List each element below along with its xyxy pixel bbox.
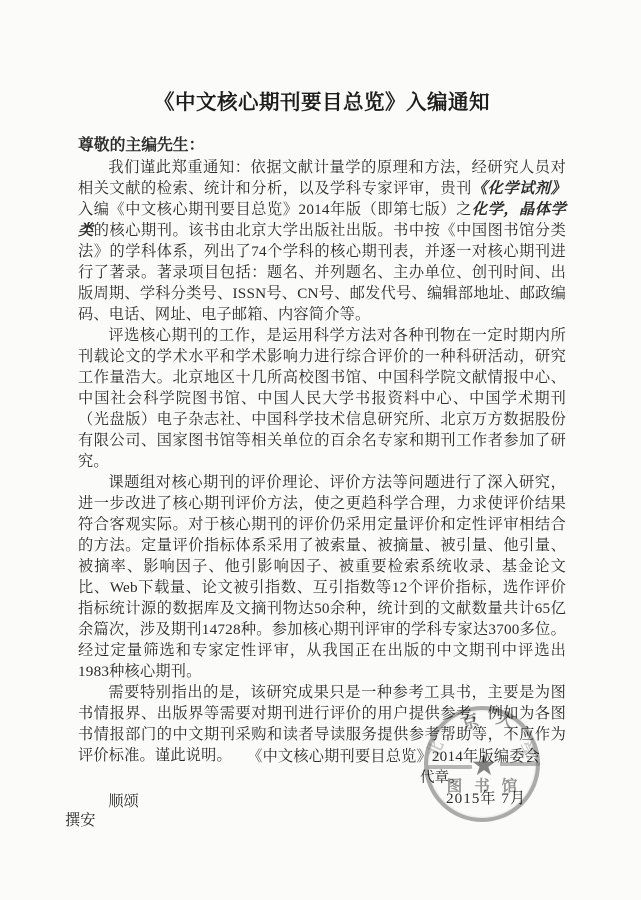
paragraph-2: 评选核心期刊的工作，是运用科学方法对各种刊物在一定时期内所刊载论文的学术水平和学… [78, 325, 566, 472]
signature-stamp-note: 代章。 [420, 769, 464, 788]
signature-committee: 《中文核心期刊要目总览》2014年版编委会 [247, 746, 540, 767]
paragraph-1: 我们谨此郑重通知：依据文献计量学的原理和方法，经研究人员对相关文献的检索、统计和… [78, 157, 566, 325]
salutation: 尊敬的主编先生： [78, 135, 566, 157]
closing-phrase-bottom: 撰安 [65, 810, 566, 831]
paragraph-3: 课题组对核心期刊的评价理论、评价方法等问题进行了深入研究，进一步改进了核心期刊评… [78, 472, 566, 682]
document-title: 《中文核心期刊要目总览》入编通知 [78, 90, 566, 117]
text-segment: 《化学试剂》 [472, 180, 566, 197]
signature-date: 2015年 7月 [446, 788, 526, 809]
text-segment: 入编《中文核心期刊要目总览》2014年版（即第七版）之 [78, 201, 472, 218]
scanned-letter-page: 《中文核心期刊要目总览》入编通知 尊敬的主编先生： 我们谨此郑重通知：依据文献计… [0, 0, 641, 900]
text-segment: 的核心期刊。该书由北京大学出版社出版。书中按《中国图书馆分类法》的学科体系，列出… [78, 222, 566, 323]
letter-body: 《中文核心期刊要目总览》入编通知 尊敬的主编先生： 我们谨此郑重通知：依据文献计… [78, 90, 566, 831]
